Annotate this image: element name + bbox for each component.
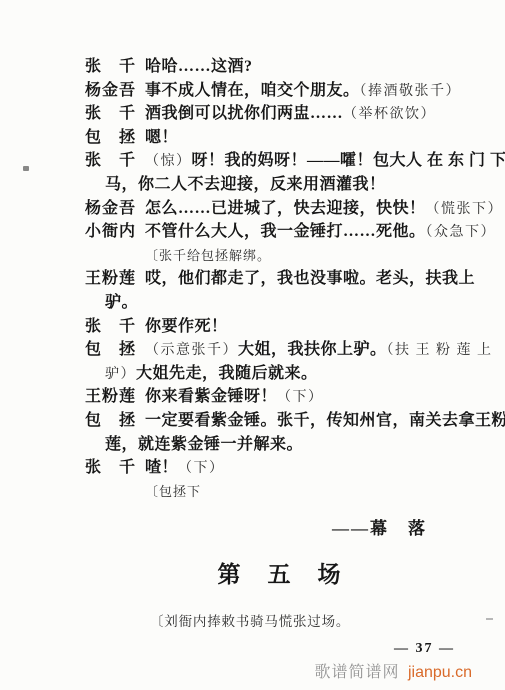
speaker-name: 王粉莲 — [85, 385, 136, 409]
line-text: 哈哈……这酒? — [145, 55, 253, 79]
text-segment: （众急下） — [426, 225, 497, 240]
text-segment: 你来看紫金锤呀！ — [145, 388, 277, 405]
page-number: — 37 — — [394, 641, 455, 657]
watermark-site-url: jianpu.cn — [408, 664, 472, 681]
line-text: （示意张千）大姐，我扶你上驴。（扶 王 粉 莲 上 — [145, 338, 493, 363]
text-segment: 呀！我的妈呀！——嚯！包大人 在 东 门 下 — [192, 152, 505, 169]
line-text: 〔张千给包拯解绑。 — [145, 244, 271, 268]
script-line: 张 千 你要作死！ — [0, 315, 505, 339]
line-text: 驴。 — [105, 291, 138, 315]
script-line: 杨金吾 事不成人情在，咱交个朋友。（捧酒敬张千） — [0, 79, 505, 103]
speaker-name: 张 千 — [85, 149, 136, 173]
script-line: 〔包拯下 — [0, 480, 505, 504]
text-segment: （下） — [277, 390, 324, 405]
speaker-name: 包 拯 — [85, 126, 136, 150]
speaker-name: 包 拯 — [85, 338, 136, 362]
speaker-name: 张 千 — [85, 102, 136, 126]
speaker-name: 小衙内 — [85, 220, 136, 244]
script-line: 驴。 — [0, 291, 505, 315]
text-segment: 〔包拯下 — [145, 484, 201, 499]
scene-title: 第 五 场 — [85, 556, 475, 589]
text-segment: 事不成人情在，咱交个朋友。 — [145, 82, 360, 99]
text-segment: 哎，他们都走了，我也没事啦。老头，扶我上 — [145, 270, 475, 287]
line-text: 哎，他们都走了，我也没事啦。老头，扶我上 — [145, 267, 475, 291]
text-segment: （举杯欲饮） — [343, 107, 436, 122]
speaker-name: 杨金吾 — [85, 79, 136, 103]
line-text: 你来看紫金锤呀！（下） — [145, 385, 324, 410]
line-text: 嗯！ — [145, 126, 178, 150]
speaker-name: 张 千 — [85, 315, 136, 339]
script-line: 杨金吾 怎么……已进城了，快去迎接，快快！（慌张下） — [0, 197, 505, 221]
text-segment: （慌张下） — [426, 202, 504, 217]
text-segment: （示意张千） — [145, 343, 238, 358]
text-segment: 不管什么大人，我一金锤打……死他。 — [145, 223, 426, 240]
text-segment: （惊） — [145, 154, 192, 169]
book-page: 张 千 哈哈……这酒? 杨金吾 事不成人情在，咱交个朋友。（捧酒敬张千） 张 千… — [0, 0, 505, 690]
text-segment: 哈哈……这酒? — [145, 58, 253, 75]
text-segment: 怎么……已进城了，快去迎接，快快！ — [145, 200, 426, 217]
text-segment: 嗯！ — [145, 129, 178, 146]
text-segment: 你要作死！ — [145, 318, 228, 335]
text-segment: 大姐，我扶你上驴。 — [238, 341, 387, 358]
watermark-site-name: 歌谱简谱网 — [314, 664, 399, 681]
line-text: 事不成人情在，咱交个朋友。（捧酒敬张千） — [145, 79, 461, 104]
script-line: 〔张千给包拯解绑。 — [0, 244, 505, 268]
text-segment: （扶 王 粉 莲 上 — [387, 343, 493, 358]
text-segment: 大姐先走，我随后就来。 — [136, 365, 318, 382]
line-text: 不管什么大人，我一金锤打……死他。（众急下） — [145, 220, 496, 245]
curtain-falls-label: ——幕 落 — [332, 514, 427, 539]
speaker-name: 王粉莲 — [85, 267, 136, 291]
script-body: 张 千 哈哈……这酒? 杨金吾 事不成人情在，咱交个朋友。（捧酒敬张千） 张 千… — [0, 55, 505, 503]
script-line: 张 千 喳！（下） — [0, 456, 505, 480]
script-line: 王粉莲 哎，他们都走了，我也没事啦。老头，扶我上 — [0, 267, 505, 291]
text-segment: 喳！ — [145, 459, 178, 476]
script-line: 包 拯 嗯！ — [0, 126, 505, 150]
line-text: 〔包拯下 — [145, 480, 201, 504]
text-segment: 〔张千给包拯解绑。 — [145, 248, 271, 263]
speaker-name: 杨金吾 — [85, 197, 136, 221]
line-text: 马，你二人不去迎接，反来用酒灌我！ — [105, 173, 386, 197]
text-segment: 驴） — [105, 367, 136, 382]
script-line: 王粉莲 你来看紫金锤呀！（下） — [0, 385, 505, 409]
line-text: 一定要看紫金锤。张千，传知州官，南关去拿王粉 — [145, 409, 505, 433]
text-segment: 酒我倒可以扰你们两盅…… — [145, 105, 343, 122]
ink-speck — [23, 166, 29, 171]
line-text: 你要作死！ — [145, 315, 228, 339]
watermark: 歌谱简谱网 jianpu.cn — [314, 659, 472, 682]
line-text: 莲，就连紫金锤一并解来。 — [105, 433, 303, 457]
script-line: 小衙内 不管什么大人，我一金锤打……死他。（众急下） — [0, 220, 505, 244]
speaker-name: 张 千 — [85, 55, 136, 79]
ink-speck — [486, 618, 493, 620]
script-line: 包 拯 一定要看紫金锤。张千，传知州官，南关去拿王粉 — [0, 409, 505, 433]
opening-stage-direction: 〔刘衙内捧敕书骑马慌张过场。 — [150, 610, 350, 630]
script-line: 包 拯 （示意张千）大姐，我扶你上驴。（扶 王 粉 莲 上 — [0, 338, 505, 362]
line-text: 喳！（下） — [145, 456, 225, 481]
speaker-name: 包 拯 — [85, 409, 136, 433]
script-line: 莲，就连紫金锤一并解来。 — [0, 433, 505, 457]
text-segment: （捧酒敬张千） — [360, 84, 462, 99]
script-line: 张 千 哈哈……这酒? — [0, 55, 505, 79]
text-segment: （下） — [178, 461, 225, 476]
speaker-name: 张 千 — [85, 456, 136, 480]
script-line: 张 千 酒我倒可以扰你们两盅……（举杯欲饮） — [0, 102, 505, 126]
text-segment: 驴。 — [105, 294, 138, 311]
script-line: 驴）大姐先走，我随后就来。 — [0, 362, 505, 386]
line-text: 驴）大姐先走，我随后就来。 — [105, 362, 318, 387]
text-segment: 莲，就连紫金锤一并解来。 — [105, 436, 303, 453]
line-text: （惊）呀！我的妈呀！——嚯！包大人 在 东 门 下 — [145, 149, 505, 174]
script-line: 马，你二人不去迎接，反来用酒灌我！ — [0, 173, 505, 197]
text-segment: 马，你二人不去迎接，反来用酒灌我！ — [105, 176, 386, 193]
line-text: 怎么……已进城了，快去迎接，快快！（慌张下） — [145, 197, 503, 222]
line-text: 酒我倒可以扰你们两盅……（举杯欲饮） — [145, 102, 436, 127]
text-segment: 一定要看紫金锤。张千，传知州官，南关去拿王粉 — [145, 412, 505, 429]
script-line: 张 千 （惊）呀！我的妈呀！——嚯！包大人 在 东 门 下 — [0, 149, 505, 173]
